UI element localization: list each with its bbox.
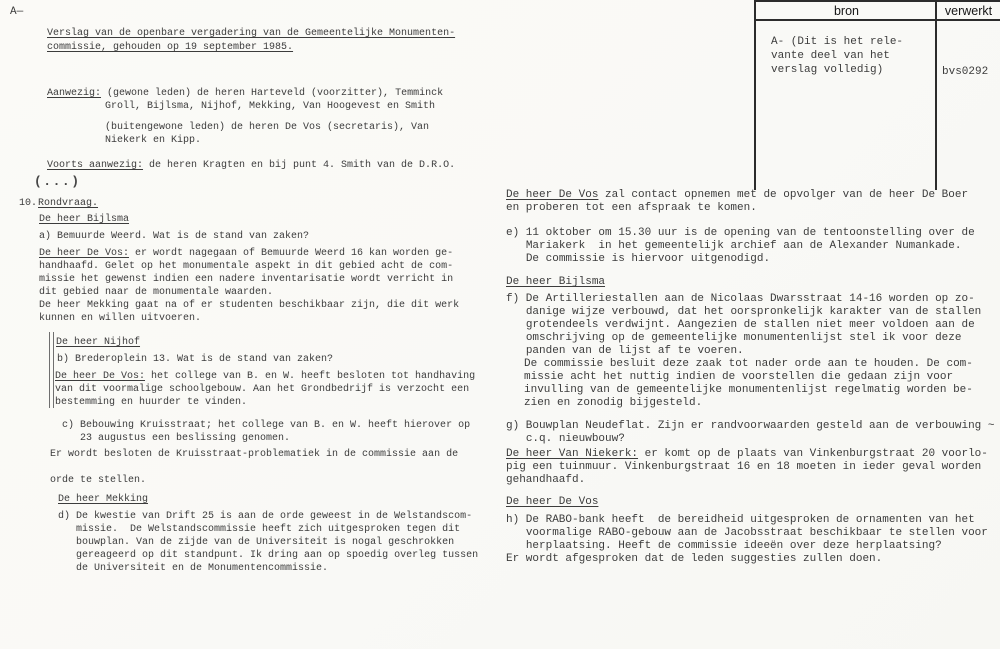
answer-devos-boer: De heer De Vos zal contact opnemen met d… (506, 189, 998, 215)
agenda-item-number: 10. (19, 197, 38, 210)
decision-monumentenlijst: De commissie besluit deze zaak tot nader… (524, 358, 1000, 410)
item-h-rabobank: h) De RABO-bank heeft de bereidheid uitg… (506, 514, 1000, 553)
stamp-column-divider (935, 2, 937, 190)
attendance-label: Aanwezig: (47, 88, 101, 99)
decision-kruisstraat: Er wordt besloten de Kruisstraat-problem… (50, 448, 480, 487)
document-title-line2: commissie, gehouden op 19 september 1985… (47, 41, 293, 54)
note-mekking-students: De heer Mekking gaat na of er studenten … (39, 299, 475, 325)
answer-devos-b: De heer De Vos: het college van B. en W.… (55, 370, 480, 409)
agenda-item-label: Rondvraag. (38, 198, 98, 209)
speaker-heading-bijlsma-2: De heer Bijlsma (506, 276, 605, 289)
attendance-regular-text: (gewone leden) de heren Harteveld (voorz… (101, 88, 443, 112)
document-title-line1: Verslag van de openbare vergadering van … (47, 27, 455, 40)
answer-van-niekerk: De heer Van Niekerk: er komt op de plaat… (506, 448, 1000, 487)
answer-devos-a: De heer De Vos: er wordt nagegaan of Bem… (39, 247, 475, 299)
answer-devos-b-label: De heer De Vos: (55, 371, 145, 382)
stamp-header-verwerkt: verwerkt (937, 4, 1000, 18)
item-g-neudeflat: g) Bouwplan Neudeflat. Zijn er randvoorw… (506, 420, 1000, 446)
attendance-also-text: de heren Kragten en bij punt 4. Smith va… (143, 160, 455, 171)
question-b: b) Brederoplein 13. Wat is de stand van … (57, 353, 477, 366)
question-c: c) Bebouwing Kruisstraat; het college va… (62, 419, 482, 445)
item-e-tentoonstelling: e) 11 oktober om 15.30 uur is de opening… (506, 227, 998, 266)
answer-van-niekerk-label: De heer Van Niekerk: (506, 448, 638, 460)
stamp-table-header-row: bron verwerkt (756, 2, 1000, 21)
stamp-header-bron: bron (756, 4, 937, 18)
attendance-also-label: Voorts aanwezig: (47, 160, 143, 171)
speaker-heading-bijlsma: De heer Bijlsma (39, 213, 129, 226)
speaker-heading-mekking: De heer Mekking (58, 493, 148, 506)
attendance-also-present: Voorts aanwezig: de heren Kragten en bij… (47, 159, 483, 172)
margin-annotation-mark (49, 332, 54, 408)
page-corner-mark: A— (10, 6, 23, 19)
item-f-artilleriestallen: f) De Artilleriestallen aan de Nicolaas … (506, 293, 998, 358)
speaker-heading-nijhof: De heer Nijhof (56, 336, 140, 349)
agenda-item-rondvraag: 10.Rondvraag. (19, 197, 98, 210)
attendance-special-members: (buitengewone leden) de heren De Vos (se… (105, 121, 485, 147)
stamp-bron-note: A- (Dit is het rele- vante deel van het … (771, 35, 903, 77)
question-a: a) Bemuurde Weerd. Wat is de stand van z… (39, 230, 475, 243)
omission-ellipsis: (...) (34, 174, 81, 189)
stamp-verwerkt-code: bvs0292 (942, 66, 988, 78)
answer-devos-boer-label: De heer De Vos (506, 189, 598, 201)
speaker-heading-devos: De heer De Vos (506, 496, 598, 509)
attendance-regular-members: Aanwezig: (gewone leden) de heren Hartev… (47, 87, 541, 113)
decision-suggesties: Er wordt afgesproken dat de leden sugges… (506, 553, 1000, 566)
answer-devos-a-label: De heer De Vos: (39, 248, 129, 259)
scanned-document-page: A— bron verwerkt A- (Dit is het rele- va… (0, 0, 1000, 649)
stamp-table: bron verwerkt A- (Dit is het rele- vante… (754, 0, 1000, 190)
question-d: d) De kwestie van Drift 25 is aan de ord… (58, 510, 488, 575)
